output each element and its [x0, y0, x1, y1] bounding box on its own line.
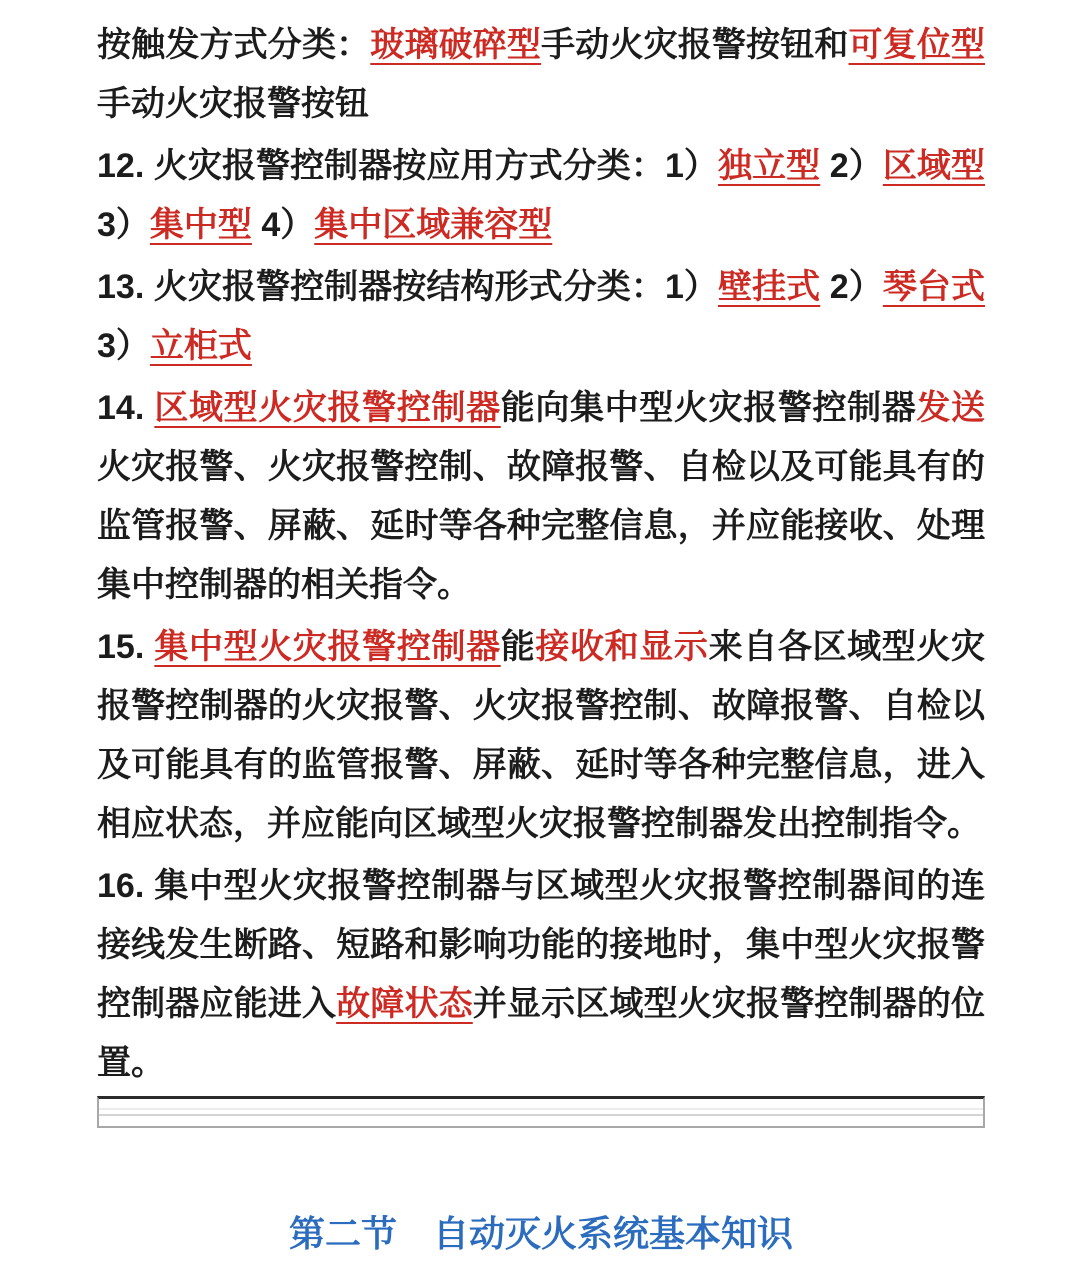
text-run: 火灾报警、火灾报警控制、故障报警、自检以及可能具有的监管报警、屏蔽、延时等各种完…	[97, 448, 985, 604]
text-run: 手动火灾报警按钮和	[541, 26, 848, 64]
text-run: 4）	[252, 206, 314, 244]
highlight-run: 集中型火灾报警控制器	[154, 628, 500, 666]
empty-table-inner-lines	[99, 1108, 983, 1116]
paragraph: 15. 集中型火灾报警控制器能接收和显示来自各区域型火灾报警控制器的火灾报警、火…	[97, 618, 985, 854]
paragraph: 按触发方式分类：玻璃破碎型手动火灾报警按钮和可复位型手动火灾报警按钮	[97, 16, 985, 134]
highlight-run: 独立型	[718, 147, 820, 185]
empty-table-frame	[97, 1096, 985, 1128]
highlight-run: 琴台式	[883, 268, 985, 306]
highlight-run: 发送	[916, 389, 985, 427]
paragraph: 12. 火灾报警控制器按应用方式分类：1）独立型 2）区域型 3）集中型 4）集…	[97, 137, 985, 255]
text-run: 2）	[820, 147, 883, 185]
text-run: 按触发方式分类：	[97, 26, 370, 64]
highlight-run: 可复位型	[849, 26, 985, 64]
text-run: 14.	[97, 389, 154, 427]
paragraph: 14. 区域型火灾报警控制器能向集中型火灾报警控制器发送火灾报警、火灾报警控制、…	[97, 379, 985, 615]
document-body: 按触发方式分类：玻璃破碎型手动火灾报警按钮和可复位型手动火灾报警按钮12. 火灾…	[97, 16, 985, 1093]
text-run: 2）	[820, 268, 883, 306]
highlight-run: 集中区域兼容型	[314, 206, 552, 244]
highlight-run: 集中型	[150, 206, 252, 244]
paragraph: 16. 集中型火灾报警控制器与区域型火灾报警控制器间的连接线发生断路、短路和影响…	[97, 857, 985, 1093]
highlight-run: 接收和显示	[535, 628, 708, 666]
document-page: 按触发方式分类：玻璃破碎型手动火灾报警按钮和可复位型手动火灾报警按钮12. 火灾…	[97, 16, 985, 1256]
text-run: 15.	[97, 628, 154, 666]
paragraph: 13. 火灾报警控制器按结构形式分类：1）壁挂式 2）琴台式 3）立柜式	[97, 258, 985, 376]
highlight-run: 立柜式	[150, 327, 252, 365]
highlight-run: 区域型	[883, 147, 985, 185]
text-run: 13. 火灾报警控制器按结构形式分类：1）	[97, 268, 718, 306]
highlight-run: 玻璃破碎型	[370, 26, 541, 64]
highlight-run: 故障状态	[336, 985, 473, 1023]
highlight-run: 壁挂式	[718, 268, 820, 306]
section-heading: 第二节 自动灭火系统基本知识	[97, 1212, 985, 1256]
text-run: 能向集中型火灾报警控制器	[501, 389, 917, 427]
text-run: 12. 火灾报警控制器按应用方式分类：1）	[97, 147, 718, 185]
text-run: 手动火灾报警按钮	[97, 85, 369, 123]
highlight-run: 区域型火灾报警控制器	[154, 389, 500, 427]
text-run: 能	[501, 628, 536, 666]
